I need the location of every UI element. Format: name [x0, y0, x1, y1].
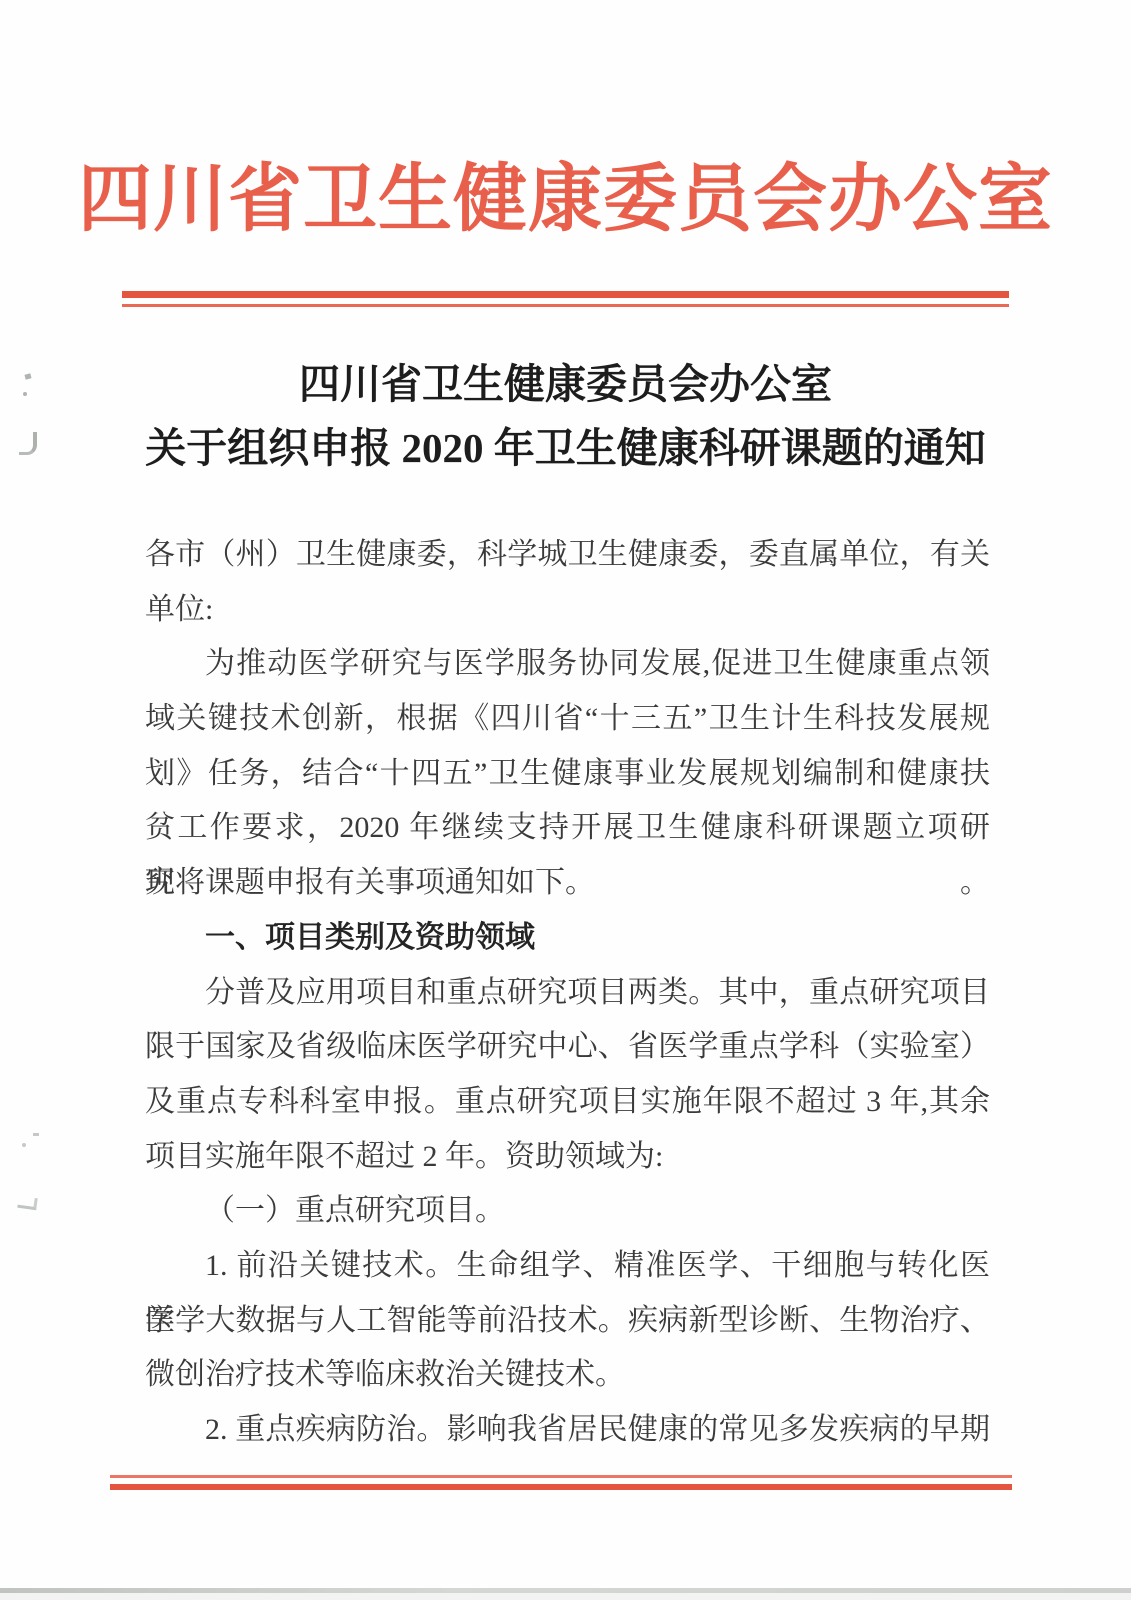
letterhead-rule-thin	[122, 304, 1009, 307]
letterhead-agency-name: 四川省卫生健康委员会办公室	[0, 152, 1131, 248]
document-title-line-1: 四川省卫生健康委员会办公室	[0, 352, 1131, 416]
body-line: （一）重点研究项目。	[145, 1184, 990, 1239]
section-heading: 一、项目类别及资助领域	[145, 911, 990, 966]
footer-rule-thin	[110, 1475, 1012, 1478]
scan-speck	[23, 392, 27, 396]
body-line: 各市（州）卫生健康委，科学城卫生健康委，委直属单位，有关	[145, 528, 990, 583]
body-line: 限于国家及省级临床医学研究中心、省医学重点学科（实验室）	[145, 1020, 990, 1075]
document-title-line-2: 关于组织申报 2020 年卫生健康科研课题的通知	[0, 416, 1131, 480]
document-page: 四川省卫生健康委员会办公室 四川省卫生健康委员会办公室 关于组织申报 2020 …	[0, 0, 1131, 1600]
body-line: 微创治疗技术等临床救治关键技术。	[145, 1348, 990, 1403]
body-line: 划》任务，结合“十四五”卫生健康事业发展规划编制和健康扶	[145, 747, 990, 802]
body-line: 1. 前沿关键技术。生命组学、精准医学、干细胞与转化医学、	[145, 1239, 990, 1294]
scan-speck	[22, 1143, 26, 1147]
body-line: 域关键技术创新，根据《四川省“十三五”卫生计生科技发展规	[145, 692, 990, 747]
scan-speck	[17, 1196, 37, 1211]
body-line: 医学大数据与人工智能等前沿技术。疾病新型诊断、生物治疗、	[145, 1294, 990, 1349]
letterhead-rule-thick	[122, 291, 1009, 298]
body-line: 及重点专科科室申报。重点研究项目实施年限不超过 3 年,其余	[145, 1075, 990, 1130]
body-line: 2. 重点疾病防治。影响我省居民健康的常见多发疾病的早期	[145, 1403, 990, 1458]
body-line: 贫工作要求，2020 年继续支持开展卫生健康科研课题立项研究。	[145, 801, 990, 856]
scan-bottom-margin	[0, 1593, 1131, 1600]
footer-rule-thick	[110, 1484, 1012, 1490]
body-line: 为推动医学研究与医学服务协同发展,促进卫生健康重点领	[145, 637, 990, 692]
body-text: 各市（州）卫生健康委，科学城卫生健康委，委直属单位，有关单位:为推动医学研究与医…	[145, 528, 990, 1458]
body-line: 项目实施年限不超过 2 年。资助领域为:	[145, 1130, 990, 1185]
scan-speck	[33, 1133, 39, 1136]
scan-speck	[19, 432, 37, 455]
document-title: 四川省卫生健康委员会办公室 关于组织申报 2020 年卫生健康科研课题的通知	[0, 352, 1131, 480]
body-line: 单位:	[145, 583, 990, 638]
body-line: 分普及应用项目和重点研究项目两类。其中，重点研究项目	[145, 966, 990, 1021]
